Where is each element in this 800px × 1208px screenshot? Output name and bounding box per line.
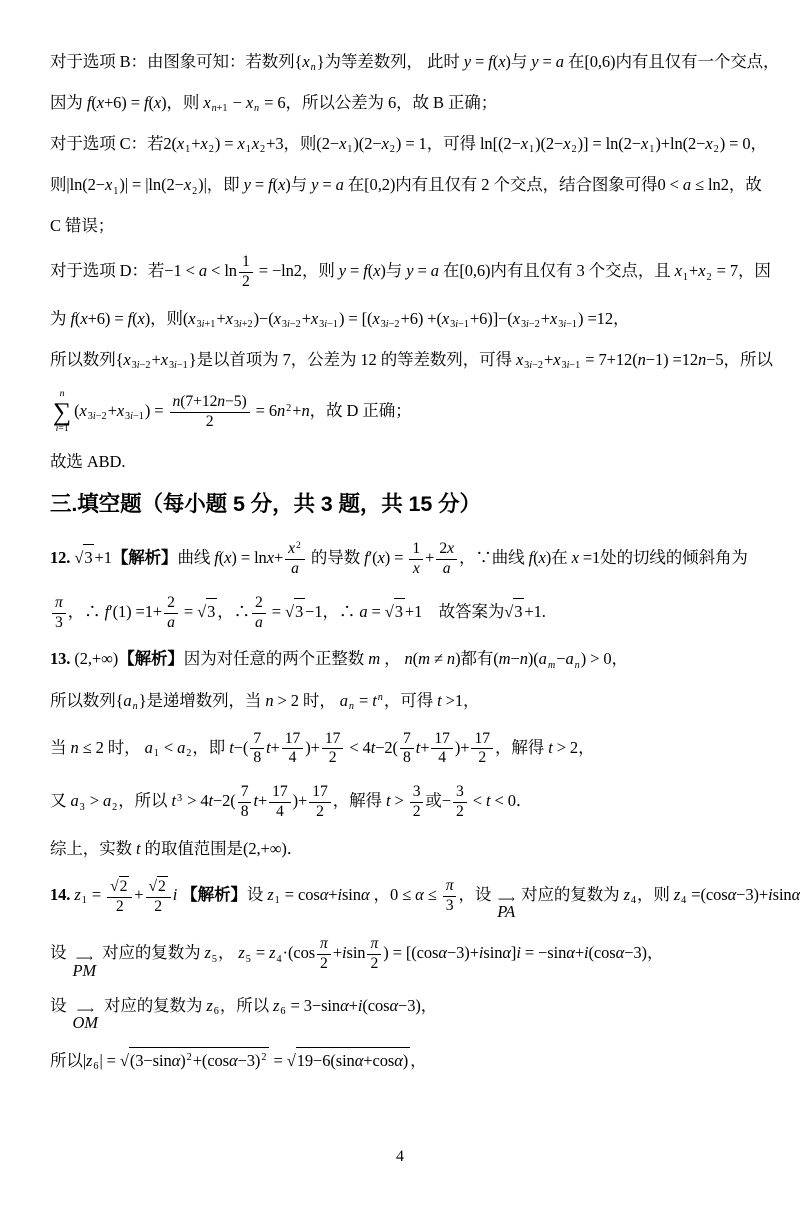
superscript: 2 [261, 1052, 266, 1063]
square-root: √3 [385, 602, 405, 621]
radical-sign: √ [287, 1049, 296, 1073]
superscript: 2 [296, 540, 301, 551]
text-line: 因为 f(x+6) = f(x)，则 xn+1 − xn = 6，所以公差为 6… [50, 91, 760, 117]
text-line: 又 a3 > a2，所以 t3 > 4t−2(78t+174)+172，解得 t… [50, 783, 760, 822]
fraction: 78 [238, 783, 252, 822]
text-line: 14. z1 = √22+√22i 【解析】设 z1 = cosα+isinα … [50, 876, 760, 921]
document-page: 对于选项 B：由图象可知：若数列{xn}为等差数列， 此时 y = f(x)与 … [0, 0, 800, 1208]
denominator: 2 [151, 898, 165, 917]
subscript: 3i−1 [558, 319, 577, 330]
denominator: 8 [250, 749, 264, 768]
square-root: √(3−sinα)2+(cosα−3)2 [120, 1051, 270, 1070]
fraction: 2xa [436, 540, 457, 579]
numerator: 7 [250, 730, 264, 750]
subscript: 4 [631, 895, 636, 906]
subscript: 6 [280, 1006, 285, 1017]
fraction: 174 [431, 730, 452, 769]
radical-sign: √ [197, 600, 206, 624]
superscript: 2 [187, 1052, 192, 1063]
subscript: 3i−2 [132, 360, 151, 371]
subscript: 1 [185, 144, 190, 155]
subscript: 5 [212, 954, 217, 965]
subscript: 3i−1 [319, 319, 338, 330]
text-line: C 错误； [50, 214, 760, 238]
subscript: n [254, 103, 259, 114]
subscript: 1 [649, 144, 654, 155]
text-line: 故选 ABD. [50, 450, 760, 474]
radical-sign: √ [110, 878, 119, 897]
denominator: 8 [400, 749, 414, 768]
text-line: 所以数列{x3i−2+x3i−1}是以首项为 7，公差为 12 的等差数列，可得… [50, 348, 760, 374]
square-root: √2 [149, 878, 168, 895]
text-line: 对于选项 B：由图象可知：若数列{xn}为等差数列， 此时 y = f(x)与 … [50, 50, 760, 76]
problem-12-solution: 12. √3+1【解析】曲线 f(x) = lnx+x2a 的导数 f′(x) … [50, 540, 760, 632]
numerator: 17 [269, 783, 290, 803]
numerator: 17 [322, 730, 343, 750]
bold-text: 【解析】 [118, 649, 184, 668]
fraction: π2 [367, 935, 381, 974]
radicand: 3 [513, 598, 524, 624]
radical-sign: √ [285, 600, 294, 624]
fraction: 172 [322, 730, 343, 769]
square-root: √3 [285, 602, 305, 621]
subscript: 1 [113, 186, 118, 197]
radicand: 2 [157, 876, 168, 897]
text-line: π3，∴ f′(1) =1+2a = √3，∴2a = √3−1，∴ a = √… [50, 594, 760, 633]
radicand: 3 [206, 598, 217, 624]
numerator: n(7+12n−5) [170, 393, 250, 413]
subscript: 1 [529, 144, 534, 155]
subscript: 3i−2 [524, 360, 543, 371]
radicand: 19−6(sinα+cosα) [296, 1047, 410, 1073]
fraction: 174 [282, 730, 303, 769]
denominator: 8 [238, 803, 252, 822]
denominator: a [288, 560, 302, 579]
denominator: 2 [475, 749, 489, 768]
numerator: 2 [252, 594, 266, 614]
radical-sign: √ [120, 1049, 129, 1073]
numerator: 2 [164, 594, 178, 614]
fraction: n(7+12n−5)2 [170, 393, 250, 432]
subscript: 3i−2 [381, 319, 400, 330]
bold-text: 13. [50, 649, 70, 668]
radicand: 3 [83, 544, 94, 570]
subscript: 1 [275, 895, 280, 906]
page-number: 4 [0, 1148, 800, 1166]
superscript: 3 [177, 793, 182, 804]
fraction: 32 [453, 783, 467, 822]
numerator: 7 [400, 730, 414, 750]
radical-sign: √ [74, 546, 83, 570]
problem-13-solution: 13. (2,+∞)【解析】因为对任意的两个正整数 m ， n(m ≠ n)都有… [50, 647, 760, 860]
subscript: 2 [706, 272, 711, 283]
square-root: √3 [504, 602, 524, 621]
denominator: 2 [326, 749, 340, 768]
numerator: √2 [107, 876, 132, 898]
fraction: 78 [250, 730, 264, 769]
subscript: 3i−2 [282, 319, 301, 330]
subscript: 3i−1 [561, 360, 580, 371]
square-root: √19−6(sinα+cosα) [287, 1051, 410, 1070]
vector: ⟶PM [72, 956, 96, 979]
radical-sign: √ [385, 600, 394, 624]
radicand: 3 [394, 598, 405, 624]
subscript: n+1 [212, 103, 228, 114]
subscript: 3i−2 [521, 319, 540, 330]
radicand: 3 [294, 598, 305, 624]
subscript: n [311, 62, 316, 73]
fraction: π2 [317, 935, 331, 974]
subscript: 2 [260, 144, 265, 155]
square-root: √2 [110, 878, 129, 895]
text-line: 设 ⟶PM 对应的复数为 z5， z5 = z4·(cosπ2+isinπ2) … [50, 935, 760, 979]
vector-name: PA [497, 903, 515, 920]
subscript: n [575, 660, 580, 671]
fraction: √22 [107, 876, 132, 917]
fraction: 2a [164, 594, 178, 633]
subscript: 3 [80, 802, 85, 813]
fraction: π3 [52, 594, 66, 633]
subscript: 5 [246, 954, 251, 965]
square-root: √3 [197, 602, 217, 621]
vector-name: OM [72, 1014, 97, 1031]
text-line: 设 ⟶OM 对应的复数为 z6，所以 z6 = 3−sinα+i(cosα−3)… [50, 994, 760, 1032]
subscript: 1 [154, 748, 159, 759]
subscript: 1 [347, 144, 352, 155]
numerator: x2 [285, 540, 305, 560]
vector-name: PM [72, 962, 96, 979]
bold-text: 【解析】 [181, 885, 247, 904]
numerator: 3 [410, 783, 424, 803]
denominator: a [252, 614, 266, 633]
denominator: 2 [367, 955, 381, 974]
section-3-header: 三.填空题（每小题 5 分，共 3 题，共 15 分） [50, 489, 760, 520]
text-line: 13. (2,+∞)【解析】因为对任意的两个正整数 m ， n(m ≠ n)都有… [50, 647, 760, 673]
square-root: √3 [74, 548, 94, 567]
numerator: π [367, 935, 381, 955]
denominator: 2 [239, 273, 253, 292]
numerator: 2x [436, 540, 457, 560]
fraction: π3 [443, 877, 457, 916]
text-line: 对于选项 D：若−1 < a < ln12 = −ln2，则 y = f(x)与… [50, 253, 760, 292]
fraction: 172 [309, 783, 330, 822]
fraction: x2a [285, 540, 305, 579]
fraction: 172 [471, 730, 492, 769]
text-line: 综上，实数 t 的取值范围是(2,+∞)． [50, 837, 760, 861]
document-content: 对于选项 B：由图象可知：若数列{xn}为等差数列， 此时 y = f(x)与 … [0, 0, 800, 1075]
fraction: 78 [400, 730, 414, 769]
fraction: 2a [252, 594, 266, 633]
summation: n∑i=1 [53, 389, 71, 435]
subscript: 2 [209, 144, 214, 155]
subscript: 1 [683, 272, 688, 283]
denominator: 4 [286, 749, 300, 768]
subscript: 3i−2 [88, 411, 107, 422]
denominator: 4 [435, 749, 449, 768]
numerator: 3 [453, 783, 467, 803]
option-d-analysis: 对于选项 D：若−1 < a < ln12 = −ln2，则 y = f(x)与… [50, 253, 760, 333]
subscript: 2 [186, 748, 191, 759]
numerator: π [52, 594, 66, 614]
sum-lower: i=1 [56, 424, 69, 435]
bold-text: 14. [50, 885, 70, 904]
text-line: 则|ln(2−x1)| = |ln(2−x2)|，即 y = f(x)与 y =… [50, 173, 760, 199]
subscript: 2 [192, 186, 197, 197]
denominator: 2 [113, 898, 127, 917]
radical-sign: √ [504, 600, 513, 624]
denominator: a [164, 614, 178, 633]
numerator: 17 [431, 730, 452, 750]
subscript: 3i−1 [125, 411, 144, 422]
numerator: 1 [409, 540, 423, 560]
numerator: 17 [471, 730, 492, 750]
subscript: 2 [714, 144, 719, 155]
denominator: 3 [443, 897, 457, 916]
subscript: 4 [276, 954, 281, 965]
denominator: 3 [52, 614, 66, 633]
problem-14-solution: 14. z1 = √22+√22i 【解析】设 z1 = cosα+isinα … [50, 876, 760, 1075]
subscript: 3i+2 [234, 319, 253, 330]
radical-sign: √ [149, 878, 158, 897]
numerator: π [317, 935, 331, 955]
denominator: 2 [410, 803, 424, 822]
radicand: 2 [119, 876, 130, 897]
superscript: 2 [286, 403, 291, 414]
subscript: 3i−1 [169, 360, 188, 371]
radicand: (3−sinα)2+(cosα−3)2 [129, 1047, 270, 1073]
subscript: 6 [214, 1006, 219, 1017]
sigma: ∑ [53, 400, 71, 424]
text-line: 三.填空题（每小题 5 分，共 3 题，共 15 分） [50, 489, 760, 520]
subscript: 1 [246, 144, 251, 155]
numerator: 1 [239, 253, 253, 273]
subscript: 6 [93, 1061, 98, 1072]
denominator: 4 [273, 803, 287, 822]
numerator: 17 [282, 730, 303, 750]
fraction: √22 [146, 876, 171, 917]
option-c-analysis: 对于选项 C：若2(x1+x2) = x1x2+3，则(2−x1)(2−x2) … [50, 132, 760, 238]
text-line: 为 f(x+6) = f(x)，则(x3i+1+x3i+2)−(x3i−2+x3… [50, 307, 760, 333]
option-b-analysis: 对于选项 B：由图象可知：若数列{xn}为等差数列， 此时 y = f(x)与 … [50, 50, 760, 117]
subscript: 2 [571, 144, 576, 155]
subscript: 3i+1 [197, 319, 216, 330]
option-d-conclusion: 所以数列{x3i−2+x3i−1}是以首项为 7，公差为 12 的等差数列，可得… [50, 348, 760, 474]
denominator: a [440, 560, 454, 579]
subscript: n [133, 701, 138, 712]
numerator: √2 [146, 876, 171, 898]
vector: ⟶OM [72, 1008, 97, 1031]
bold-text: 【解析】 [112, 548, 178, 567]
denominator: 2 [317, 955, 331, 974]
subscript: 3i−1 [450, 319, 469, 330]
text-line: 当 n ≤ 2 时， a1 < a2，即 t−(78t+174)+172 < 4… [50, 730, 760, 769]
fraction: 12 [239, 253, 253, 292]
text-line: 所以数列{an}是递增数列，当 n > 2 时， an = tn，可得 t >1… [50, 689, 760, 715]
subscript: m [548, 660, 555, 671]
denominator: 2 [313, 803, 327, 822]
fraction: 1x [409, 540, 423, 579]
subscript: 1 [82, 895, 87, 906]
numerator: 7 [238, 783, 252, 803]
text-line: 12. √3+1【解析】曲线 f(x) = lnx+x2a 的导数 f′(x) … [50, 540, 760, 579]
superscript: n [378, 692, 383, 703]
text-line: 所以|z6| = √(3−sinα)2+(cosα−3)2 = √19−6(si… [50, 1047, 760, 1075]
denominator: 2 [203, 413, 217, 432]
subscript: 4 [681, 895, 686, 906]
subscript: 2 [390, 144, 395, 155]
bold-text: 12. [50, 548, 70, 567]
fraction: 32 [410, 783, 424, 822]
denominator: 2 [453, 803, 467, 822]
subscript: n [349, 701, 354, 712]
numerator: π [443, 877, 457, 897]
denominator: x [410, 560, 423, 579]
text-line: 对于选项 C：若2(x1+x2) = x1x2+3，则(2−x1)(2−x2) … [50, 132, 760, 158]
fraction: 174 [269, 783, 290, 822]
text-line: n∑i=1(x3i−2+x3i−1) = n(7+12n−5)2 = 6n2+n… [50, 389, 760, 435]
vector: ⟶PA [497, 897, 515, 920]
subscript: 2 [112, 802, 117, 813]
numerator: 17 [309, 783, 330, 803]
